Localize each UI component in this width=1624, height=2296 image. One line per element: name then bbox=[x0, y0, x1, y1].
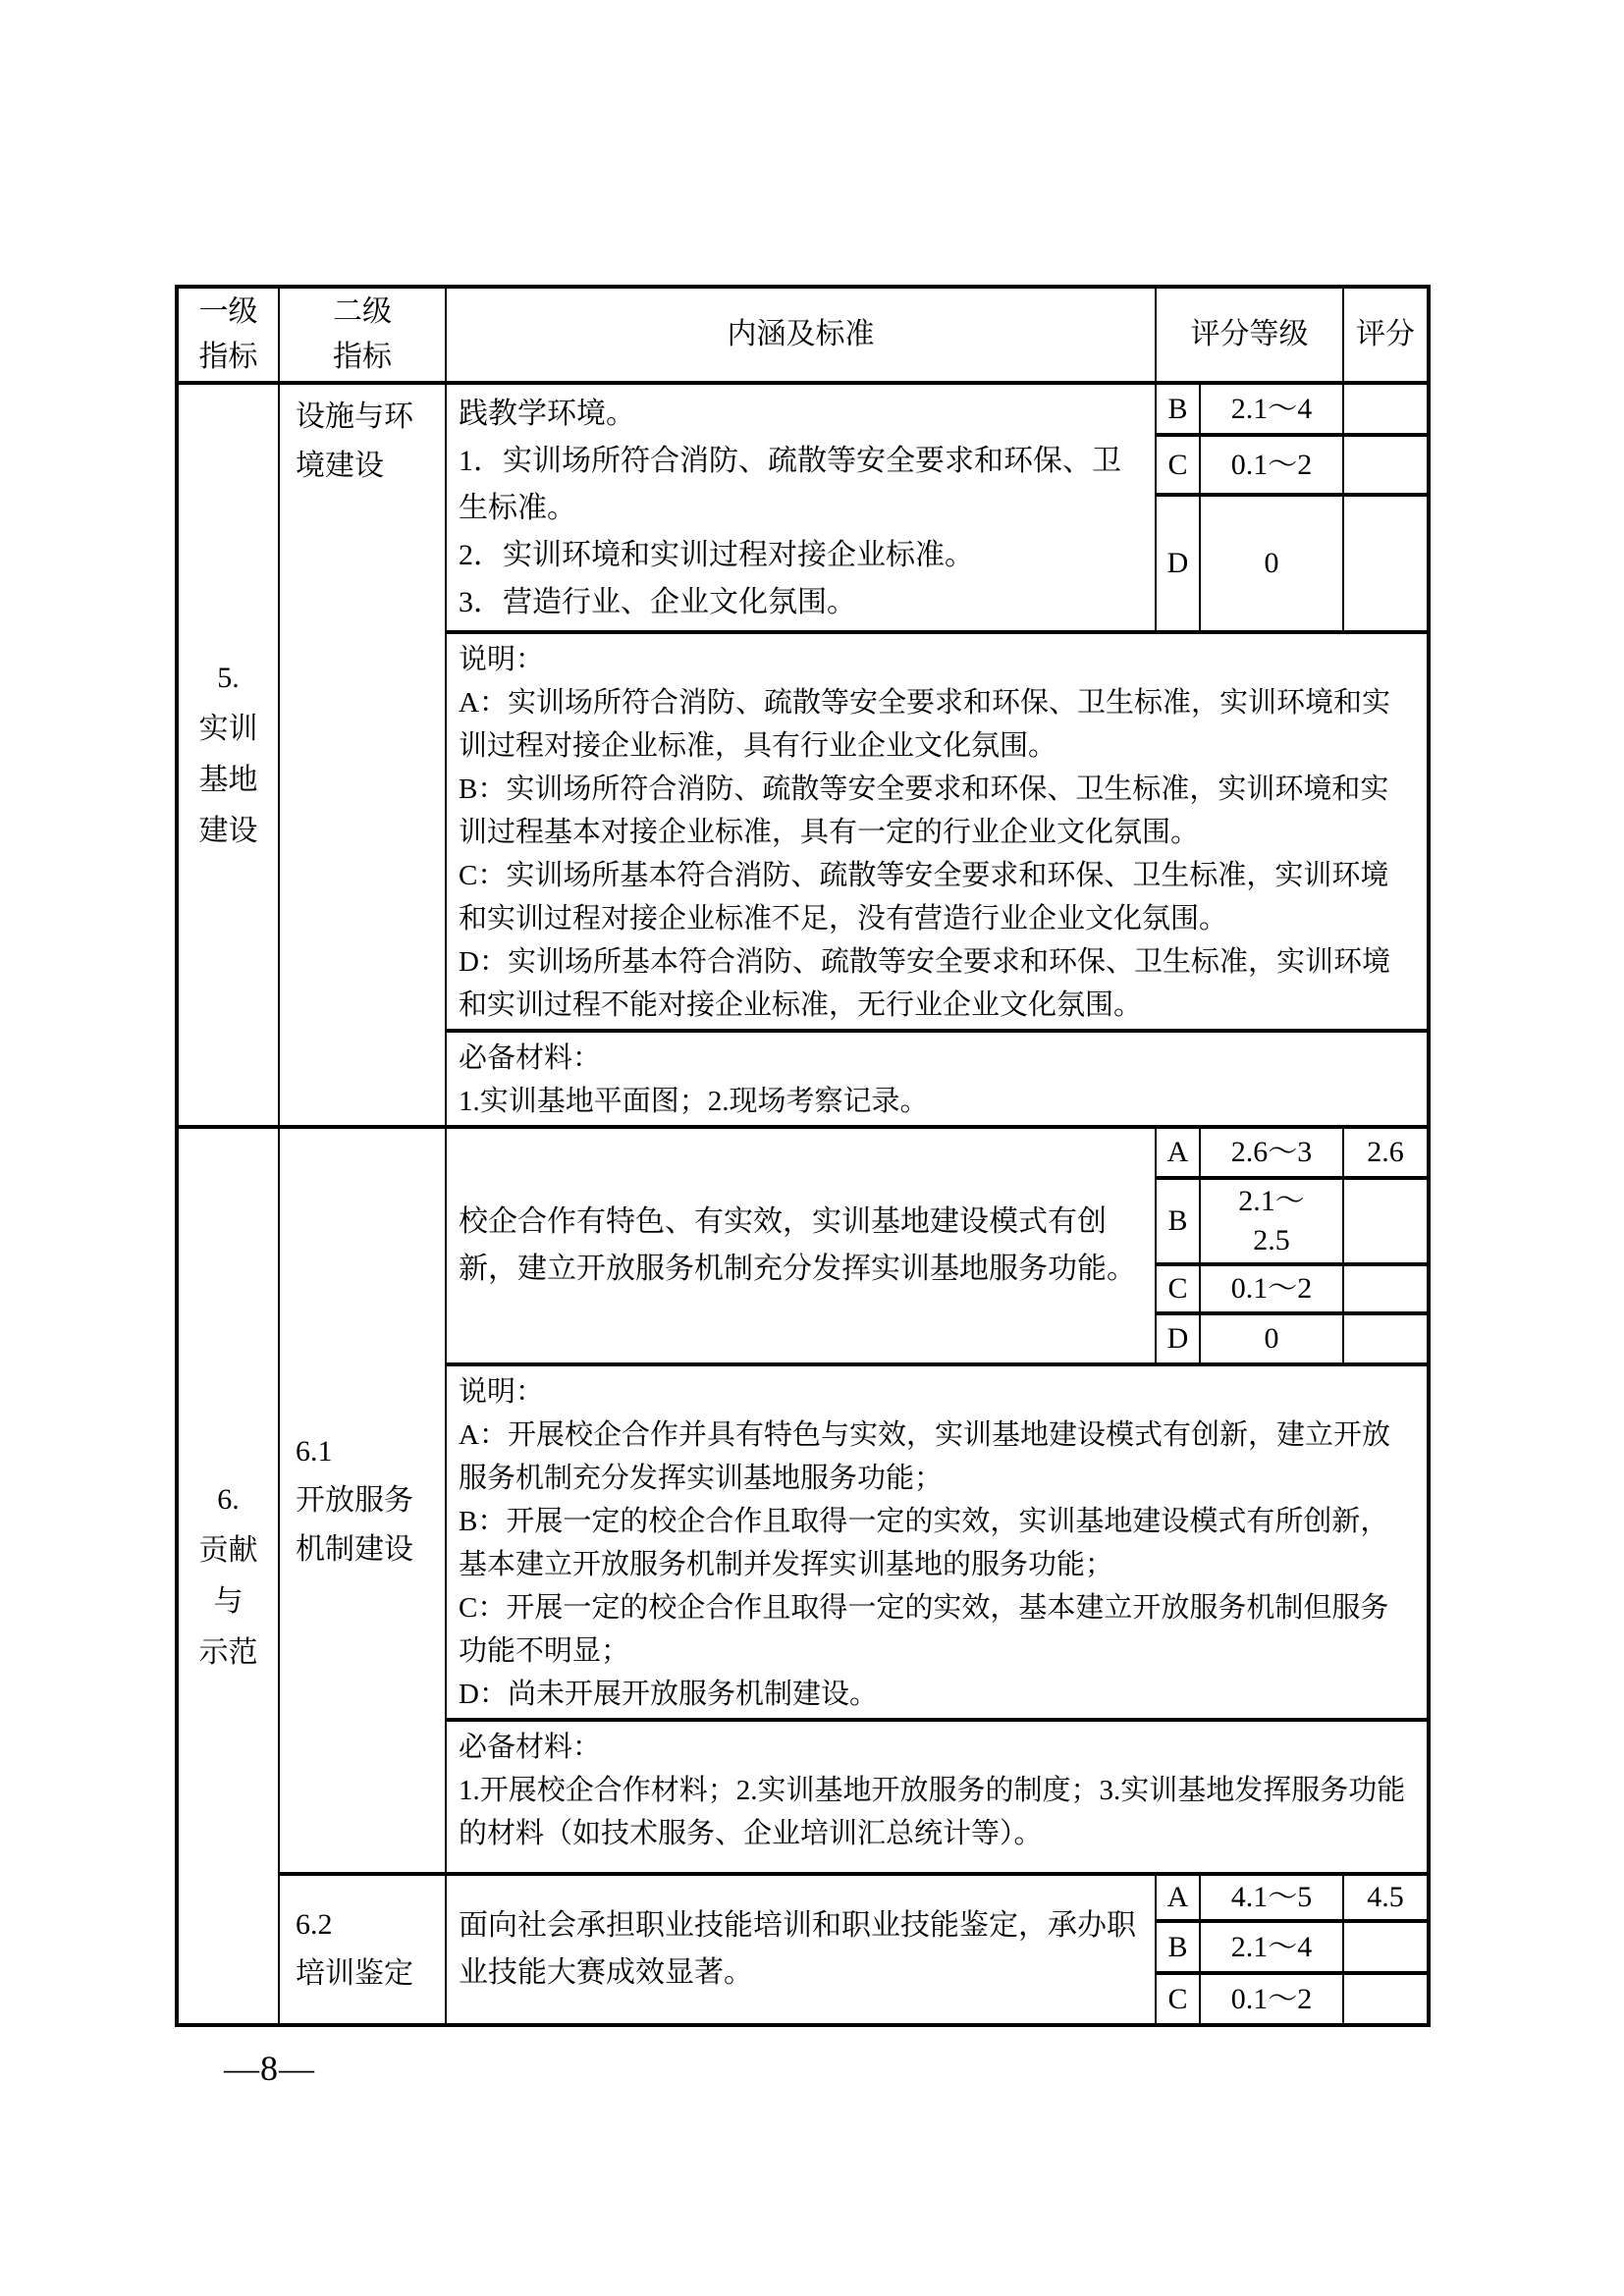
header-level2-indicator: 二级 指标 bbox=[279, 287, 446, 383]
grade-range-cell: 0.1～2 bbox=[1200, 1973, 1343, 2025]
grade-range-cell: 0 bbox=[1200, 1313, 1343, 1364]
grade-letter-cell: B bbox=[1156, 383, 1200, 435]
grade-letter-cell: C bbox=[1156, 1973, 1200, 2025]
grade-letter-cell: C bbox=[1156, 435, 1200, 495]
table-header-row: 一级 指标 二级 指标 内涵及标准 评分等级 评分 bbox=[177, 287, 1429, 383]
section5-content-cell: 践教学环境。 1．实训场所符合消防、疏散等安全要求和环保、卫生标准。 2．实训环… bbox=[446, 383, 1156, 632]
section6-1-materials-cell: 必备材料： 1.开展校企合作材料；2.实训基地开放服务的制度；3.实训基地发挥服… bbox=[446, 1720, 1429, 1874]
grade-range-cell: 2.1～4 bbox=[1200, 1921, 1343, 1973]
grade-letter-cell: D bbox=[1156, 1313, 1200, 1364]
section5-materials-cell: 必备材料： 1.实训基地平面图；2.现场考察记录。 bbox=[446, 1031, 1429, 1127]
grade-score-cell bbox=[1343, 1973, 1429, 2025]
grade-score-cell bbox=[1343, 495, 1429, 632]
grade-range-cell: 4.1～5 bbox=[1200, 1874, 1343, 1921]
grade-score-cell bbox=[1343, 1264, 1429, 1313]
grade-letter-cell: C bbox=[1156, 1264, 1200, 1313]
header-score: 评分 bbox=[1343, 287, 1429, 383]
grade-score-cell bbox=[1343, 1313, 1429, 1364]
evaluation-table: 一级 指标 二级 指标 内涵及标准 评分等级 评分 5. 实训 基地 建设 设施… bbox=[175, 285, 1431, 2027]
table-row: 6. 贡献 与 示范 6.1 开放服务 机制建设 校企合作有特色、有实效，实训基… bbox=[177, 1127, 1429, 1178]
section5-level2-cell: 设施与环 境建设 bbox=[279, 383, 446, 1127]
grade-letter-cell: D bbox=[1156, 495, 1200, 632]
section5-level1-cell: 5. 实训 基地 建设 bbox=[177, 383, 279, 1127]
grade-letter-cell: B bbox=[1156, 1921, 1200, 1973]
grade-letter-cell: A bbox=[1156, 1874, 1200, 1921]
grade-score-cell bbox=[1343, 435, 1429, 495]
grade-score-cell bbox=[1343, 1921, 1429, 1973]
header-level1-indicator: 一级 指标 bbox=[177, 287, 279, 383]
document-page: 一级 指标 二级 指标 内涵及标准 评分等级 评分 5. 实训 基地 建设 设施… bbox=[0, 0, 1624, 2296]
grade-letter-cell: B bbox=[1156, 1178, 1200, 1264]
header-grade-level: 评分等级 bbox=[1156, 287, 1343, 383]
table-row: 5. 实训 基地 建设 设施与环 境建设 践教学环境。 1．实训场所符合消防、疏… bbox=[177, 383, 1429, 435]
grade-range-cell: 0.1～2 bbox=[1200, 435, 1343, 495]
table-row: 6.2 培训鉴定 面向社会承担职业技能培训和职业技能鉴定，承办职业技能大赛成效显… bbox=[177, 1874, 1429, 1921]
page-number: —8— bbox=[224, 2048, 315, 2089]
grade-score-cell: 4.5 bbox=[1343, 1874, 1429, 1921]
section6-1-level2-cell: 6.1 开放服务 机制建设 bbox=[279, 1127, 446, 1874]
grade-score-cell: 2.6 bbox=[1343, 1127, 1429, 1178]
section6-level1-cell: 6. 贡献 与 示范 bbox=[177, 1127, 279, 2025]
grade-range-cell: 2.1～ 2.5 bbox=[1200, 1178, 1343, 1264]
section5-explanation-cell: 说明： A：实训场所符合消防、疏散等安全要求和环保、卫生标准，实训环境和实训过程… bbox=[446, 632, 1429, 1031]
header-content-standard: 内涵及标准 bbox=[446, 287, 1156, 383]
section6-1-explanation-cell: 说明： A：开展校企合作并具有特色与实效，实训基地建设模式有创新，建立开放服务机… bbox=[446, 1364, 1429, 1720]
grade-range-cell: 2.1～4 bbox=[1200, 383, 1343, 435]
grade-score-cell bbox=[1343, 1178, 1429, 1264]
section6-2-content-cell: 面向社会承担职业技能培训和职业技能鉴定，承办职业技能大赛成效显著。 bbox=[446, 1874, 1156, 2025]
grade-range-cell: 2.6～3 bbox=[1200, 1127, 1343, 1178]
section6-2-level2-cell: 6.2 培训鉴定 bbox=[279, 1874, 446, 2025]
grade-score-cell bbox=[1343, 383, 1429, 435]
section6-1-content-cell: 校企合作有特色、有实效，实训基地建设模式有创新，建立开放服务机制充分发挥实训基地… bbox=[446, 1127, 1156, 1364]
grade-letter-cell: A bbox=[1156, 1127, 1200, 1178]
grade-range-cell: 0.1～2 bbox=[1200, 1264, 1343, 1313]
grade-range-cell: 0 bbox=[1200, 495, 1343, 632]
